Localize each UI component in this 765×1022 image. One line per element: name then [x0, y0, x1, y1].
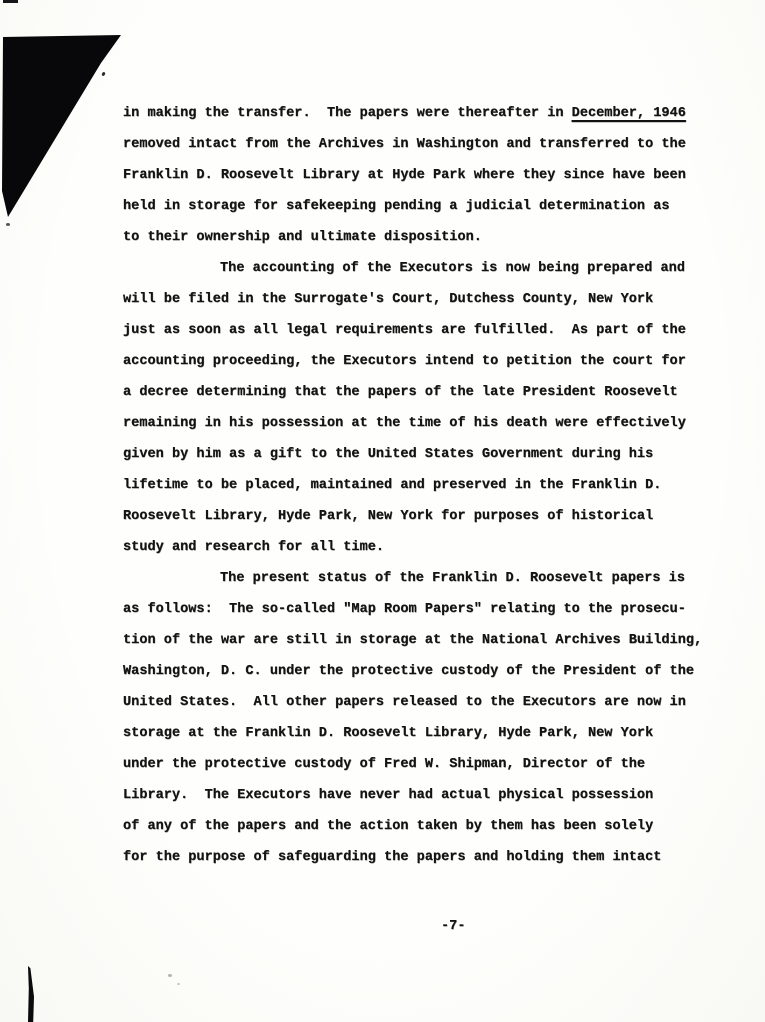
text-line: just as soon as all legal requirements a… [123, 315, 723, 346]
scan-ink-bar-icon [3, 0, 18, 3]
text-line-segment: remaining in his possession at the time … [123, 416, 686, 431]
text-line: Roosevelt Library, Hyde Park, New York f… [123, 501, 723, 532]
text-line-segment: as follows: The so-called "Map Room Pape… [123, 602, 686, 617]
scan-vertical-stroke-icon [26, 966, 34, 1022]
text-line-segment: of any of the papers and the action take… [123, 819, 653, 834]
text-line: Washington, D. C. under the protective c… [123, 656, 723, 687]
text-line-segment: Roosevelt Library, Hyde Park, New York f… [123, 509, 653, 524]
text-line: given by him as a gift to the United Sta… [123, 439, 723, 470]
text-line: storage at the Franklin D. Roosevelt Lib… [123, 718, 723, 749]
text-line-segment: to their ownership and ultimate disposit… [123, 230, 482, 245]
text-line-segment: for the purpose of safeguarding the pape… [123, 850, 661, 865]
text-line-segment: in making the transfer. The papers were … [123, 106, 572, 121]
text-line-segment: Washington, D. C. under the protective c… [123, 664, 694, 679]
text-line: tion of the war are still in storage at … [123, 625, 723, 656]
text-line: study and research for all time. [123, 532, 723, 563]
page-number: -7- [441, 917, 465, 937]
text-line-segment: The accounting of the Executors is now b… [220, 261, 685, 276]
text-line: United States. All other papers released… [123, 687, 723, 718]
scan-speck-icon [101, 72, 106, 77]
text-line: The accounting of the Executors is now b… [123, 253, 723, 284]
text-line-segment: Franklin D. Roosevelt Library at Hyde Pa… [123, 168, 686, 183]
text-line: a decree determining that the papers of … [123, 377, 723, 408]
text-line: will be filed in the Surrogate's Court, … [123, 284, 723, 315]
text-line: of any of the papers and the action take… [123, 811, 723, 842]
text-line: held in storage for safekeeping pending … [123, 191, 723, 222]
text-line: removed intact from the Archives in Wash… [123, 129, 723, 160]
text-line: under the protective custody of Fred W. … [123, 749, 723, 780]
scan-speck-icon [6, 223, 10, 226]
scan-corner-triangle-icon [0, 0, 130, 225]
text-line-segment: held in storage for safekeeping pending … [123, 199, 670, 214]
text-line-segment: a decree determining that the papers of … [123, 385, 678, 400]
text-line: in making the transfer. The papers were … [123, 98, 723, 129]
text-line: to their ownership and ultimate disposit… [123, 222, 723, 253]
underlined-date-text: December, 1946 [572, 106, 686, 121]
text-line: Franklin D. Roosevelt Library at Hyde Pa… [123, 160, 723, 191]
text-block: in making the transfer. The papers were … [123, 98, 723, 873]
text-line: lifetime to be placed, maintained and pr… [123, 470, 723, 501]
scan-speck-icon [177, 983, 180, 985]
scan-speck-icon [168, 974, 172, 977]
text-line-segment: given by him as a gift to the United Sta… [123, 447, 653, 462]
text-line: as follows: The so-called "Map Room Pape… [123, 594, 723, 625]
text-line: accounting proceeding, the Executors int… [123, 346, 723, 377]
text-line-segment: tion of the war are still in storage at … [123, 633, 702, 648]
text-line-segment: lifetime to be placed, maintained and pr… [123, 478, 661, 493]
text-line-segment: The present status of the Franklin D. Ro… [220, 571, 685, 586]
text-line: The present status of the Franklin D. Ro… [123, 563, 723, 594]
text-line-segment: removed intact from the Archives in Wash… [123, 137, 686, 152]
scanned-document-page: in making the transfer. The papers were … [0, 0, 765, 1022]
text-line: Library. The Executors have never had ac… [123, 780, 723, 811]
text-line-segment: just as soon as all legal requirements a… [123, 323, 686, 338]
text-line-segment: Library. The Executors have never had ac… [123, 788, 653, 803]
text-line-segment: under the protective custody of Fred W. … [123, 757, 645, 772]
text-line: for the purpose of safeguarding the pape… [123, 842, 723, 873]
text-line-segment: accounting proceeding, the Executors int… [123, 354, 686, 369]
text-line-segment: storage at the Franklin D. Roosevelt Lib… [123, 726, 653, 741]
text-line: remaining in his possession at the time … [123, 408, 723, 439]
text-line-segment: United States. All other papers released… [123, 695, 686, 710]
text-line-segment: will be filed in the Surrogate's Court, … [123, 292, 653, 307]
text-line-segment: study and research for all time. [123, 540, 384, 555]
